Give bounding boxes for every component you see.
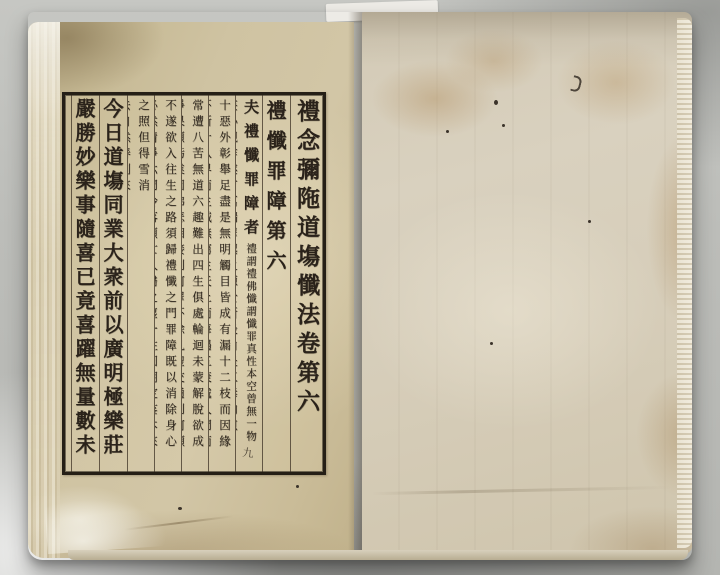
worn-corner <box>44 494 167 554</box>
left-page: 禮念彌陁道塲懺法卷第六禮懺罪障第六夫禮懺罪障者禮謂禮佛懺謂懺罪真性本空曾無一物妄… <box>28 22 354 558</box>
ink-speck <box>296 485 299 488</box>
text-column-9: 嚴勝妙樂事隨喜已竟喜躍無量數未 <box>71 95 99 472</box>
text-column-2: 禮懺罪障第六 <box>262 95 290 472</box>
ink-speck <box>588 220 591 223</box>
ink-speck <box>490 342 493 345</box>
page-edge-stack <box>28 22 60 558</box>
photo-background: 禮念彌陁道塲懺法卷第六禮懺罪障第六夫禮懺罪障者禮謂禮佛懺謂懺罪真性本空曾無一物妄… <box>0 0 720 575</box>
text-frame: 禮念彌陁道塲懺法卷第六禮懺罪障第六夫禮懺罪障者禮謂禮佛懺謂懺罪真性本空曾無一物妄… <box>62 92 326 475</box>
text-column-4: 十惡外彰舉足盡是無明觸目皆成有漏十二枝而因緣不斷十八界而生滅無窮生天上而每遇五衰… <box>208 95 235 472</box>
sub-column-left: 去自然春到來 <box>127 95 133 472</box>
sub-column-left: 不斷十八界而生滅無窮生天上而每遇五衰處人間而 <box>208 95 214 472</box>
sub-column-right: 之照但得雪消 <box>139 95 152 472</box>
open-book: 禮念彌陁道塲懺法卷第六禮懺罪障第六夫禮懺罪障者禮謂禮佛懺謂懺罪真性本空曾無一物妄… <box>28 12 692 560</box>
text-column-6: 不遂欲入往生之路須歸禮懺之門罪障既以消除身心必然清淨六門冷落頓亡久翳之塵一性圓明… <box>154 95 181 472</box>
text-column-8: 今日道塲同業大衆前以廣明極樂莊 <box>99 95 127 472</box>
page-crease <box>372 486 672 495</box>
ink-speck <box>178 507 182 510</box>
ink-speck <box>446 130 449 133</box>
collation-mark: 九 <box>238 446 255 459</box>
text-column-5: 常遭八苦無道六趣難出四生俱處輪迴未蒙解脫欲成淨果頓虧業因佛悲相接則何罪不除凡聖交… <box>181 95 208 472</box>
text-column-3: 夫禮懺罪障者禮謂禮佛懺謂懺罪真性本空曾無一物妄心現作遂有萬端罪起之源於斯最由是三… <box>235 95 262 472</box>
ink-mark <box>570 75 583 93</box>
bottom-page-edges <box>68 550 688 560</box>
lead-phrase: 夫禮懺罪障者 <box>242 99 260 243</box>
text-column-7: 之照但得雪消去自然春到來 <box>127 95 154 472</box>
sub-column-left: 妄心現作遂有萬端罪起之源於斯最由是三毒內煎 <box>235 95 240 472</box>
text-columns: 禮念彌陁道塲懺法卷第六禮懺罪障第六夫禮懺罪障者禮謂禮佛懺謂懺罪真性本空曾無一物妄… <box>65 95 323 472</box>
fore-edge <box>677 18 692 548</box>
sub-column-left: 淨果頓虧業因佛悲相接則何罪不除凡聖交通則何願 <box>181 95 187 472</box>
ink-speck <box>494 100 498 105</box>
text-column-1: 禮念彌陁道塲懺法卷第六 <box>290 95 323 472</box>
right-page-blank <box>362 12 692 554</box>
sub-column-right: 夫禮懺罪障者禮謂禮佛懺謂懺罪真性本空曾無一物 <box>249 95 262 472</box>
ink-speck <box>502 124 505 127</box>
commentary-text: 禮謂禮佛懺謂懺罪真性本空曾無一物 <box>245 243 257 443</box>
sub-column-right: 不遂欲入往生之路須歸禮懺之門罪障既以消除身心 <box>166 95 179 472</box>
sub-column-right: 十惡外彰舉足盡是無明觸目皆成有漏十二枝而因緣 <box>220 95 233 472</box>
sub-column-right: 常遭八苦無道六趣難出四生俱處輪迴未蒙解脫欲成 <box>193 95 206 472</box>
sub-column-left: 必然清淨六門冷落頓亡久翳之塵一性圓明定鍳本來 <box>154 95 160 472</box>
